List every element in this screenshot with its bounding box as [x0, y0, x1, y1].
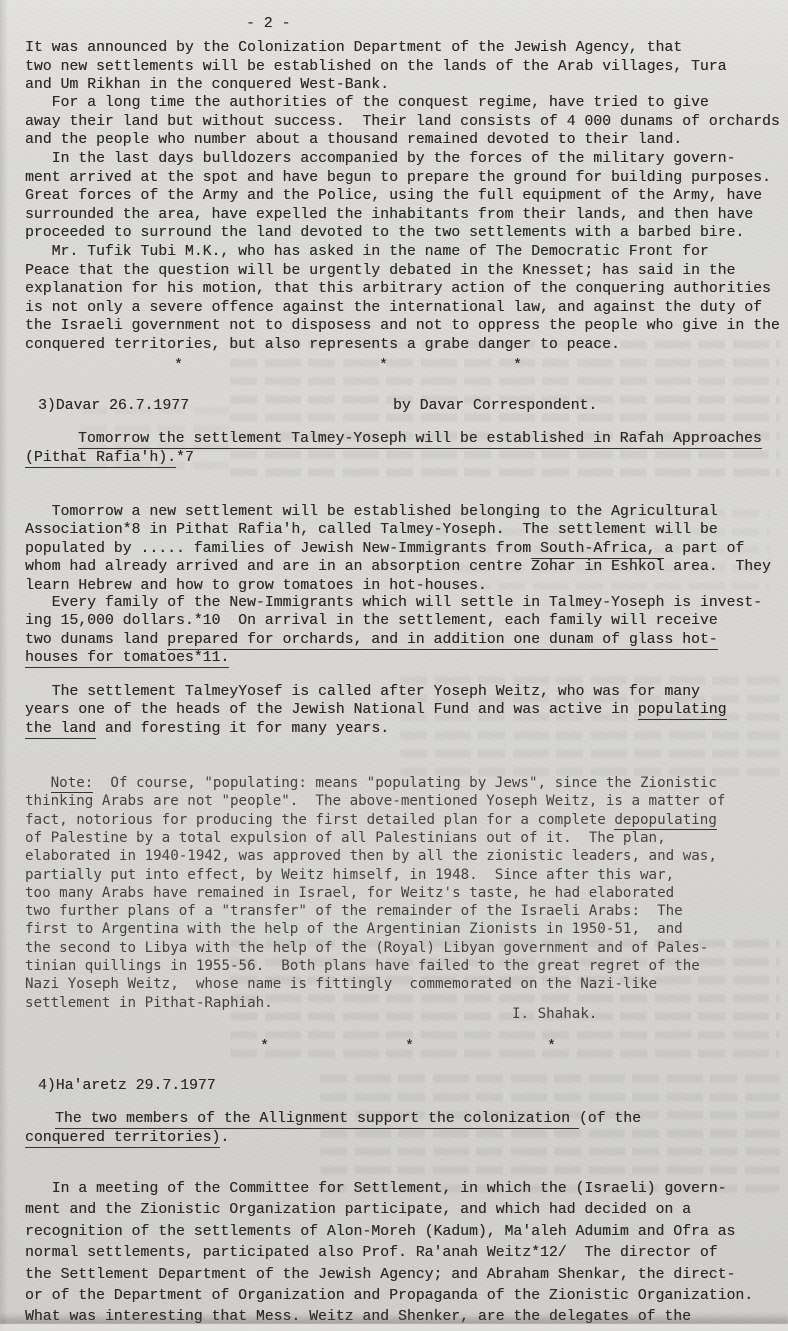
text-line: What was interesting that Mess. Weitz an…: [25, 1309, 691, 1325]
text-segment: .: [220, 1130, 229, 1146]
text-line: explanation for his motion, that this ar…: [25, 281, 771, 297]
text-segment: or of the Department of Organization and…: [25, 1288, 753, 1304]
text-segment: first to Argentina with the help of the …: [25, 921, 683, 937]
text-line: and Um Rikhan in the conquered West-Bank…: [25, 77, 389, 93]
text-segment: In a meeting of the Committee for Settle…: [25, 1181, 727, 1197]
text-segment: Mr. Tufik Tubi M.K., who has asked in th…: [25, 244, 709, 260]
underlined-text: The two members of the Allignment suppor…: [55, 1111, 579, 1129]
text-segment: whom had already arrived and are in an a…: [25, 559, 531, 575]
text-segment: In the last days bulldozers accompanied …: [25, 151, 735, 167]
text-line: (Pithat Rafia'h).*7: [25, 450, 194, 466]
underlined-text: (Pithat Rafia'h).: [25, 450, 176, 468]
scan-bottom-strip: [0, 1324, 788, 1331]
asterisk: *: [260, 1039, 269, 1055]
text-line: away their land but without success. The…: [25, 114, 780, 130]
text-line: ing 15,000 dollars.*10 On arrival in the…: [25, 613, 718, 629]
text-line: too many Arabs have remained in Israel, …: [25, 885, 674, 901]
bleed-through-ghost: [400, 672, 780, 787]
text-segment: elaborated in 1940-1942, was approved th…: [25, 848, 717, 864]
text-segment: Peace that the question will be urgently…: [25, 263, 735, 279]
text-line: elaborated in 1940-1942, was approved th…: [25, 848, 717, 864]
asterisk: *: [547, 1039, 556, 1055]
text-line: fact, notorious for producing the first …: [25, 812, 717, 828]
text-line: conquered territories).: [25, 1130, 229, 1146]
paragraph-committee-meeting: In a meeting of the Committee for Settle…: [0, 0, 788, 1331]
text-line: two dunams land prepared for orchards, a…: [25, 632, 718, 648]
text-segment: populated by ..... families of Jewish Ne…: [25, 541, 540, 557]
signature: I. Shahak.: [512, 1006, 597, 1022]
asterisk: *: [174, 358, 183, 374]
text-line: conquered territories, but also represen…: [25, 337, 620, 353]
text-segment: , a part of: [647, 541, 745, 557]
scan-bottom-band: [0, 1313, 788, 1324]
text-line: Association*8 in Pithat Rafia'h, called …: [25, 522, 718, 538]
text-segment: of Palestine by a total expulsion of all…: [25, 830, 666, 846]
text-line: ment and the Zionistic Organization part…: [25, 1202, 691, 1218]
text-segment: and the people who number about a thousa…: [25, 132, 682, 148]
text-segment: thinking Arabs are not "people". The abo…: [25, 793, 725, 809]
bleed-through-ghost: [230, 336, 780, 486]
text-segment: Great forces of the Army and the Police,…: [25, 188, 762, 204]
paragraph-weitz-naming: The settlement TalmeyYosef is called aft…: [0, 0, 788, 1331]
scanned-document-page: - 2 - It was announced by the Colonizati…: [0, 0, 788, 1331]
underlined-text: Tomorrow the settlement Talmey-Yoseph wi…: [78, 431, 762, 449]
text-segment: proceeded to surround the land devoted t…: [25, 225, 744, 241]
text-line: populated by ..... families of Jewish Ne…: [25, 541, 744, 557]
text-line: Mr. Tufik Tubi M.K., who has asked in th…: [25, 244, 709, 260]
text-segment: surrounded the area, have expelled the i…: [25, 207, 753, 223]
text-segment: away their land but without success. The…: [25, 114, 780, 130]
text-line: Every family of the New-Immigrants which…: [25, 595, 762, 611]
text-segment: the Israeli government not to disposess …: [25, 318, 780, 334]
underlined-text: South-Africa: [540, 541, 647, 559]
text-segment: Nazi Yoseph Weitz, whose name is fitting…: [25, 976, 657, 992]
text-line: settlement in Pithat-Raphiah.: [25, 995, 273, 1011]
text-line: two new settlements will be established …: [25, 59, 727, 75]
text-segment: fact, notorious for producing the first …: [25, 812, 614, 828]
text-segment: explanation for his motion, that this ar…: [25, 281, 771, 297]
paragraph-new-settlement: Tomorrow a new settlement will be establ…: [0, 0, 788, 1331]
underlined-text: depopulating: [614, 812, 717, 830]
paragraph-bulldozers: In the last days bulldozers accompanied …: [0, 0, 788, 1331]
source-line-haaretz: 4)Ha'aretz 29.7.1977: [0, 0, 788, 1331]
asterisk-separator-1: ***: [0, 0, 788, 1331]
overlined-text: Zohar in Eshkol: [531, 558, 664, 575]
text-line: In the last days bulldozers accompanied …: [25, 151, 735, 167]
text-segment: [25, 775, 51, 791]
text-line: Note: Of course, "populating: means "pop…: [25, 775, 717, 791]
text-line: and the people who number about a thousa…: [25, 132, 682, 148]
page-number: - 2 -: [246, 16, 290, 32]
text-segment: area. They: [664, 559, 771, 575]
text-segment: conquered territories, but also represen…: [25, 337, 620, 353]
text-segment: *7: [176, 450, 194, 466]
source-citation: 3)Davar 26.7.1977: [38, 398, 189, 414]
text-segment: Tomorrow a new settlement will be establ…: [25, 504, 718, 520]
bleed-through-ghost: [230, 935, 780, 1065]
headline-talmey-yoseph: Tomorrow the settlement Talmey-Yoseph wi…: [0, 0, 788, 1331]
paragraph-announcement: It was announced by the Colonization Dep…: [0, 0, 788, 1331]
text-line: first to Argentina with the help of the …: [25, 921, 683, 937]
text-line: the Settlement Department of the Jewish …: [25, 1267, 735, 1283]
paper-grain-texture: [0, 0, 788, 1331]
text-segment: ment arrived at the spot and have begun …: [25, 170, 771, 186]
text-line: whom had already arrived and are in an a…: [25, 559, 771, 575]
text-segment: Of course, "populating: means "populatin…: [93, 775, 717, 791]
text-line: the land and foresting it for many years…: [25, 721, 389, 737]
text-line: normal settlements, participated also Pr…: [25, 1245, 718, 1261]
note-shahak-commentary: Note: Of course, "populating: means "pop…: [0, 0, 788, 1331]
text-segment: ment and the Zionistic Organization part…: [25, 1202, 691, 1218]
text-line: learn Hebrew and how to grow tomatoes in…: [25, 578, 487, 594]
text-line: is not only a severe offence against the…: [25, 300, 762, 316]
text-line: Peace that the question will be urgently…: [25, 263, 735, 279]
text-line: years one of the heads of the Jewish Nat…: [25, 702, 727, 718]
text-line: For a long time the authorities of the c…: [25, 95, 709, 111]
bleed-through-ghost: [80, 402, 230, 478]
text-line: The two members of the Allignment suppor…: [55, 1111, 641, 1127]
underlined-text: the land: [25, 721, 96, 739]
text-line: In a meeting of the Committee for Settle…: [25, 1181, 727, 1197]
text-segment: is not only a severe offence against the…: [25, 300, 762, 316]
text-segment: the second to Libya with the help of the…: [25, 940, 708, 956]
asterisk: *: [405, 1039, 414, 1055]
text-segment: two dunams land: [25, 632, 167, 648]
text-segment: ing 15,000 dollars.*10 On arrival in the…: [25, 613, 718, 629]
text-line: the Israeli government not to disposess …: [25, 318, 780, 334]
bleed-through-ghost: [320, 1070, 780, 1202]
paragraph-tubi: Mr. Tufik Tubi M.K., who has asked in th…: [0, 0, 788, 1331]
text-segment: settlement in Pithat-Raphiah.: [25, 995, 273, 1011]
text-segment: and foresting it for many years.: [96, 721, 389, 737]
text-line: Tomorrow a new settlement will be establ…: [25, 504, 718, 520]
source-citation: 4)Ha'aretz 29.7.1977: [38, 1078, 216, 1094]
asterisk: *: [513, 358, 522, 374]
text-line: The settlement TalmeyYosef is called aft…: [25, 684, 700, 700]
underlined-text: prepared for orchards, and in addition o…: [167, 632, 718, 650]
underlined-text: Note:: [51, 775, 94, 793]
text-segment: (of the: [579, 1111, 641, 1127]
underlined-text: conquered territories): [25, 1130, 220, 1148]
text-line: ment arrived at the spot and have begun …: [25, 170, 771, 186]
text-line: Nazi Yoseph Weitz, whose name is fitting…: [25, 976, 657, 992]
text-segment: It was announced by the Colonization Dep…: [25, 40, 682, 56]
text-segment: tinian quillings in 1955-56. Both plans …: [25, 958, 700, 974]
text-segment: Every family of the New-Immigrants which…: [25, 595, 762, 611]
text-segment: two further plans of a "transfer" of the…: [25, 903, 683, 919]
underlined-text: houses for tomatoes*11.: [25, 650, 229, 668]
text-segment: normal settlements, participated also Pr…: [25, 1245, 718, 1261]
signature-line: I. Shahak.: [0, 0, 788, 1331]
scan-edge-shadow: [0, 0, 8, 1331]
paragraph-investment: Every family of the New-Immigrants which…: [0, 0, 788, 1331]
text-line: tinian quillings in 1955-56. Both plans …: [25, 958, 700, 974]
text-line: the second to Libya with the help of the…: [25, 940, 708, 956]
text-line: Great forces of the Army and the Police,…: [25, 188, 762, 204]
text-segment: partially put into effect, by Weitz hims…: [25, 867, 674, 883]
text-segment: too many Arabs have remained in Israel, …: [25, 885, 674, 901]
text-line: Tomorrow the settlement Talmey-Yoseph wi…: [78, 431, 762, 447]
asterisk-separator-2: ***: [0, 0, 788, 1331]
text-segment: What was interesting that Mess. Weitz an…: [25, 1309, 691, 1325]
text-line: It was announced by the Colonization Dep…: [25, 40, 682, 56]
source-line-davar: 3)Davar 26.7.1977by Davar Correspondent.: [0, 0, 788, 1331]
text-segment: the Settlement Department of the Jewish …: [25, 1267, 735, 1283]
text-segment: For a long time the authorities of the c…: [25, 95, 709, 111]
byline: by Davar Correspondent.: [393, 398, 597, 414]
headline-allignment: The two members of the Allignment suppor…: [0, 0, 788, 1331]
asterisk: *: [379, 358, 388, 374]
text-segment: and Um Rikhan in the conquered West-Bank…: [25, 77, 389, 93]
text-segment: two new settlements will be established …: [25, 59, 727, 75]
text-line: of Palestine by a total expulsion of all…: [25, 830, 666, 846]
text-line: thinking Arabs are not "people". The abo…: [25, 793, 725, 809]
text-line: partially put into effect, by Weitz hims…: [25, 867, 674, 883]
text-segment: The settlement TalmeyYosef is called aft…: [25, 684, 700, 700]
text-segment: learn Hebrew and how to grow tomatoes in…: [25, 578, 487, 594]
text-line: recognition of the settlements of Alon-M…: [25, 1224, 735, 1240]
underlined-text: populating: [638, 702, 727, 720]
text-segment: recognition of the settlements of Alon-M…: [25, 1224, 735, 1240]
bleed-through-ghost: [420, 505, 770, 590]
text-line: or of the Department of Organization and…: [25, 1288, 753, 1304]
text-line: surrounded the area, have expelled the i…: [25, 207, 753, 223]
paragraph-land: For a long time the authorities of the c…: [0, 0, 788, 1331]
text-line: proceeded to surround the land devoted t…: [25, 225, 744, 241]
text-segment: years one of the heads of the Jewish Nat…: [25, 702, 638, 718]
text-segment: Association*8 in Pithat Rafia'h, called …: [25, 522, 718, 538]
text-line: two further plans of a "transfer" of the…: [25, 903, 683, 919]
text-line: houses for tomatoes*11.: [25, 650, 229, 666]
